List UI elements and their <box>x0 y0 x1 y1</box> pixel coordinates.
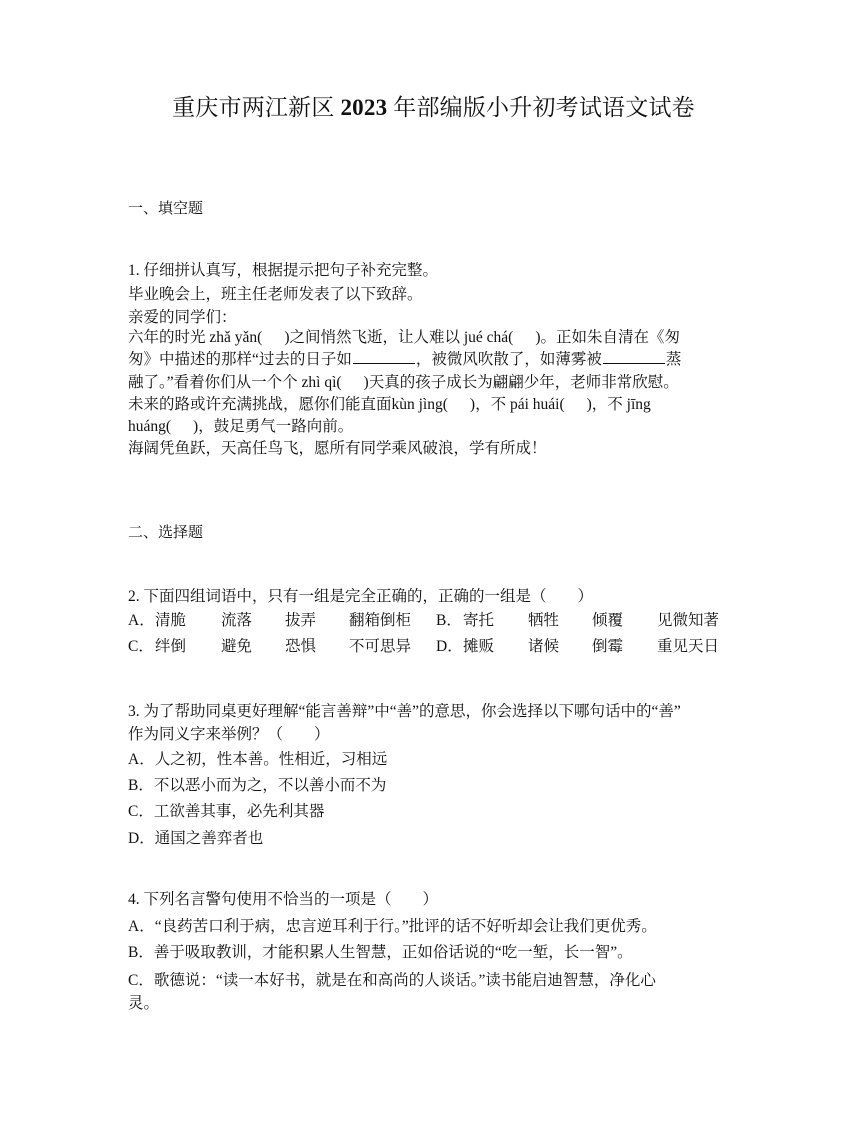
option-c-word-1: 绊倒 <box>155 636 186 658</box>
question-1-line-4: 六年的时光 zhǎ yǎn()之间悄然飞逝，让人难以 jué chá()。正如朱… <box>128 327 680 349</box>
question-4-option-a[interactable]: A．“良药苦口利于病，忠言逆耳利于行。”批评的话不好听却会让我们更优秀。 <box>128 916 657 938</box>
section-header-multiple-choice: 二、选择题 <box>128 523 203 543</box>
document-title: 重庆市两江新区 2023 年部编版小升初考试语文试卷 <box>0 93 867 123</box>
question-3-stem-line-1: 3. 为了帮助同桌更好理解“能言善辩”中“善”的意思，你会选择以下哪句话中的“善… <box>128 701 681 723</box>
title-suffix: 年部编版小升初考试语文试卷 <box>387 95 695 120</box>
question-1-line-6: 融了。”看着你们从一个个 zhì qì()天真的孩子成长为翩翩少年，老师非常欣慰… <box>128 372 679 394</box>
text-segment: 蒸 <box>666 351 682 368</box>
question-3-option-d[interactable]: D．通国之善弈者也 <box>128 828 263 850</box>
question-1-line-7: 未来的路或许充满挑战，愿你们能直面kùn jìng()，不 pái huái()… <box>128 394 651 416</box>
text-segment: )天真的孩子成长为翩翩少年，老师非常欣慰。 <box>364 374 679 391</box>
question-1-line-8: huáng()，鼓足勇气一路向前。 <box>128 416 353 438</box>
option-a-word-1: 清脆 <box>155 610 186 632</box>
text-segment: 未来的路或许充满挑战，愿你们能直面kùn jìng( <box>128 396 448 413</box>
answer-underline-2[interactable] <box>603 349 665 364</box>
question-1-greeting: 亲爱的同学们： <box>128 307 237 329</box>
option-c-label[interactable]: C． <box>128 636 154 658</box>
text-segment: 匆》中描述的那样“过去的日子如 <box>128 351 352 368</box>
option-d-word-3: 倒霉 <box>592 636 623 658</box>
text-segment: huáng( <box>128 418 171 435</box>
option-a-label[interactable]: A． <box>128 610 155 632</box>
question-1-closing: 海阔凭鱼跃，天高任鸟飞，愿所有同学乘风破浪，学有所成！ <box>128 438 547 460</box>
option-d-word-4: 重见天日 <box>657 636 719 658</box>
option-a-word-4: 翻箱倒柜 <box>349 610 411 632</box>
answer-underline-1[interactable] <box>353 349 415 364</box>
question-4-option-c-continuation: 灵。 <box>128 993 159 1015</box>
title-year: 2023 <box>340 95 387 120</box>
option-d-label[interactable]: D． <box>436 636 463 658</box>
question-2-stem: 2. 下面四组词语中，只有一组是完全正确的，正确的一组是（ ） <box>128 586 593 608</box>
question-2-options-row-1: A． 清脆 流落 拔弄 翻箱倒柜 B． 寄托 牺牲 倾覆 见微知著 <box>128 610 748 632</box>
option-b-word-3: 倾覆 <box>592 610 623 632</box>
question-3-option-a[interactable]: A．人之初，性本善。性相近，习相远 <box>128 749 387 771</box>
option-b-word-4: 见微知著 <box>657 610 719 632</box>
exam-page: 重庆市两江新区 2023 年部编版小升初考试语文试卷 一、填空题 1. 仔细拼认… <box>0 0 867 1122</box>
question-1-line-5: 匆》中描述的那样“过去的日子如，被微风吹散了，如薄雾被蒸 <box>128 349 681 371</box>
text-segment: )之间悄然飞逝，让人难以 jué chá( <box>284 329 513 346</box>
question-4-option-b[interactable]: B．善于吸取教训，才能积累人生智慧，正如俗话说的“吃一堑，长一智”。 <box>128 942 633 964</box>
text-segment: ，被微风吹散了，如薄雾被 <box>416 351 602 368</box>
question-3-stem-line-2: 作为同义字来举例？（ ） <box>128 724 330 746</box>
option-b-label[interactable]: B． <box>436 610 462 632</box>
option-b-word-1: 寄托 <box>463 610 494 632</box>
option-a-word-2: 流落 <box>221 610 252 632</box>
text-segment: )，不 jīng <box>587 396 651 413</box>
question-1-stem: 1. 仔细拼认真写，根据提示把句子补充完整。 <box>128 260 438 282</box>
option-a-word-3: 拔弄 <box>285 610 316 632</box>
section-header-fill-in: 一、填空题 <box>128 199 203 219</box>
option-c-word-4: 不可思异 <box>349 636 411 658</box>
text-segment: 融了。”看着你们从一个个 zhì qì( <box>128 374 342 391</box>
question-3-option-c[interactable]: C．工欲善其事，必先利其器 <box>128 801 324 823</box>
text-segment: )。正如朱自清在《匆 <box>535 329 680 346</box>
question-1-context: 毕业晚会上，班主任老师发表了以下致辞。 <box>128 284 423 306</box>
text-segment: 六年的时光 zhǎ yǎn( <box>128 329 262 346</box>
option-c-word-3: 恐惧 <box>285 636 316 658</box>
option-b-word-2: 牺牲 <box>528 610 559 632</box>
title-prefix: 重庆市两江新区 <box>172 95 340 120</box>
option-d-word-2: 诸候 <box>528 636 559 658</box>
question-4-stem: 4. 下列名言警句使用不恰当的一项是（ ） <box>128 889 438 911</box>
option-c-word-2: 避免 <box>221 636 252 658</box>
text-segment: )，鼓足勇气一路向前。 <box>193 418 353 435</box>
question-2-options-row-2: C． 绊倒 避免 恐惧 不可思异 D． 摊贩 诸候 倒霉 重见天日 <box>128 636 748 658</box>
question-4-option-c[interactable]: C．歌德说：“读一本好书，就是在和高尚的人谈话。”读书能启迪智慧，净化心 <box>128 970 656 992</box>
text-segment: )，不 pái huái( <box>470 396 565 413</box>
option-d-word-1: 摊贩 <box>463 636 494 658</box>
question-3-option-b[interactable]: B．不以恶小而为之，不以善小而不为 <box>128 775 386 797</box>
